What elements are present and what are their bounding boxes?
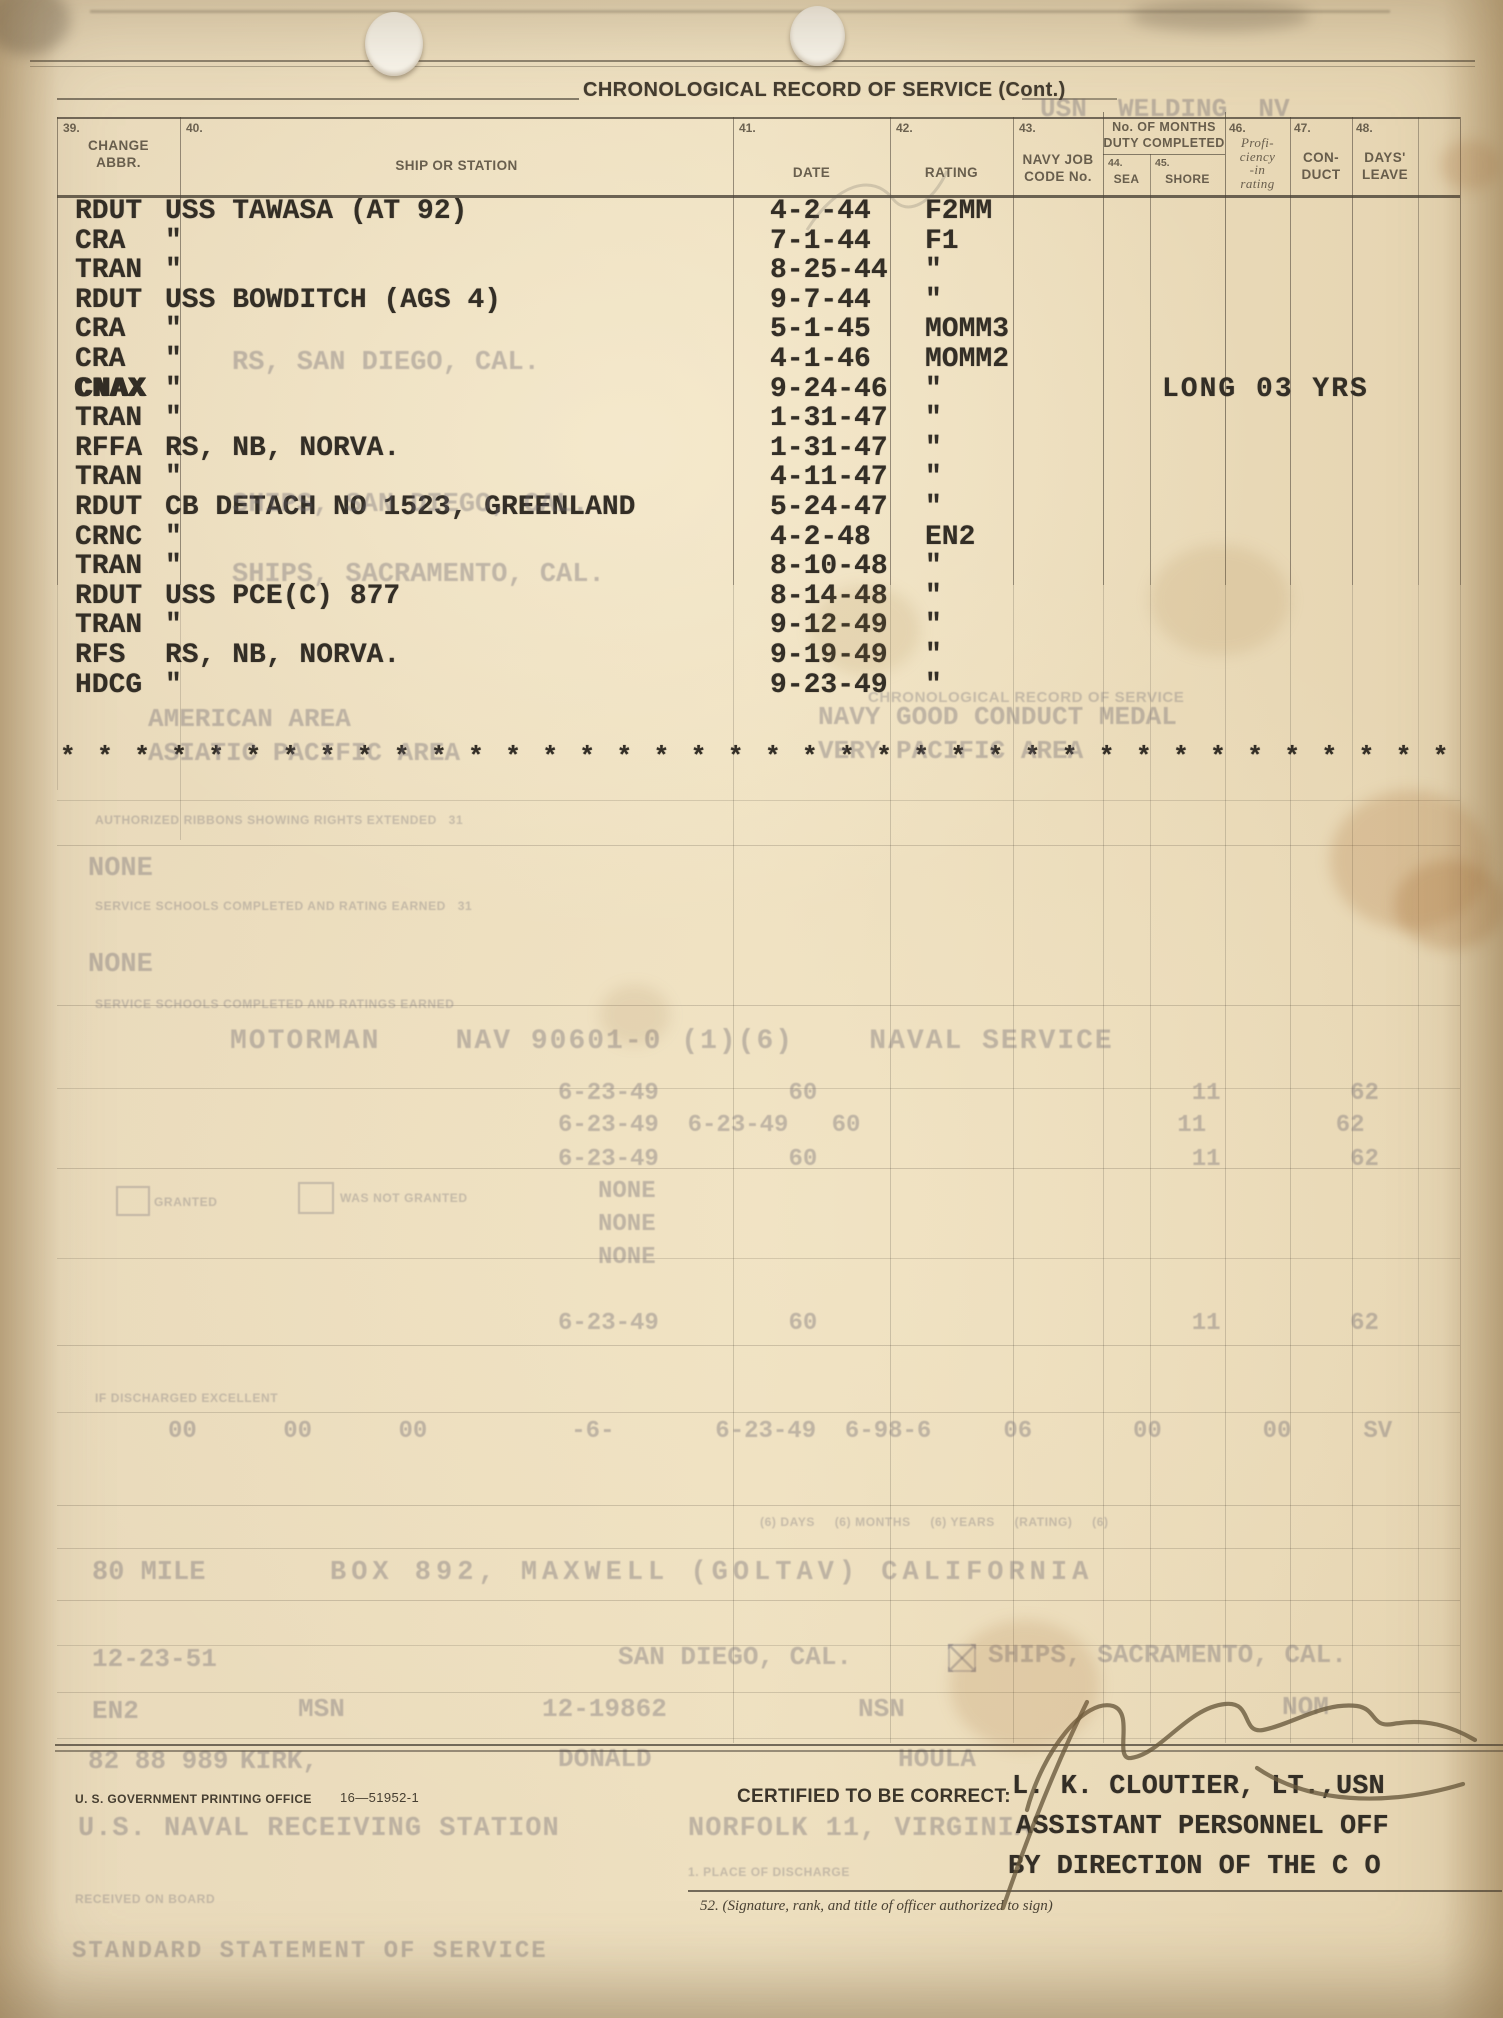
cell-ship-or-station: " [165,316,182,344]
faint-rule [57,1258,1460,1259]
bleedthrough-text: NONE [598,1180,656,1204]
bleedthrough-text: AUTHORIZED RIBBONS SHOWING RIGHTS EXTEND… [95,814,463,826]
cell-change-abbr: CRA [75,316,125,344]
cell-rating: " [925,435,942,463]
bleedthrough-text: AMERICAN AREA [148,706,351,732]
cell-change-abbr: TRAN [75,553,142,581]
bleedthrough-text: MSN [298,1696,345,1722]
cell-date: 5-1-45 [770,316,871,344]
cell-ship-or-station: " [165,464,182,492]
cell-change-abbr: RFS [75,642,125,670]
faint-rule [57,845,1460,846]
top-smudge [1130,0,1310,32]
bleed-checkbox [116,1186,150,1216]
cell-ship-or-station: RS, NB, NORVA. [165,435,400,463]
cell-change-abbr: TRAN [75,257,142,285]
cell-change-abbr: HDCG [75,672,142,700]
title-rule-left [57,98,579,100]
cell-ship-or-station: " [165,672,182,700]
cell-rating: " [925,376,942,404]
cell-rating: " [925,287,942,315]
bleedthrough-text: ASIATIC PACIFIC AREA [148,740,460,766]
cell-change-abbr: CNAX [75,376,146,404]
service-rows: RDUT USS TAWASA (AT 92) 4-2-44 F2MM CRA … [57,198,1460,701]
pencil-scribble [795,145,965,255]
cell-ship-or-station: USS TAWASA (AT 92) [165,198,467,226]
cell-ship-or-station: " [165,612,182,640]
cell-change-abbr: RDUT [75,494,142,522]
scanned-service-record-page: CHRONOLOGICAL RECORD OF SERVICE (Cont.) … [0,0,1503,2018]
col-44-label: SEA [1103,172,1150,187]
gpo-number: 16—51952-1 [340,1790,419,1805]
cell-change-abbr: RDUT [75,198,142,226]
cell-rating: " [925,405,942,433]
bleedthrough-text: 82 88 989 [88,1748,228,1774]
bleedthrough-text: 12-19862 [542,1696,667,1722]
col-40-label: SHIP OR STATION [180,158,733,175]
table-row: HDCG " 9-23-49 " [57,672,1460,702]
bleedthrough-text: 6-23-49 60 11 62 [558,1082,1379,1106]
cell-ship-or-station: " [165,376,182,404]
col-40-number: 40. [186,121,203,135]
bleedthrough-text: GRANTED [154,1196,218,1208]
bleedthrough-text: 6-23-49 6-23-49 60 11 62 [558,1114,1365,1138]
bleedthrough-text: NAVY GOOD CONDUCT MEDAL [818,704,1177,730]
table-row: RFS RS, NB, NORVA. 9-19-49 " [57,642,1460,672]
col-47-label: CON- DUCT [1290,150,1352,184]
bleedthrough-text: 80 MILE [92,1560,205,1587]
bleedthrough-text: NONE [88,856,153,883]
cell-change-abbr: CRA [75,346,125,374]
cell-date: 8-14-48 [770,583,888,611]
gpo-imprint: U. S. GOVERNMENT PRINTING OFFICE [75,1792,312,1806]
bleedthrough-text: USN WELDING NV [1040,96,1290,122]
cell-change-abbr: CRA [75,228,125,256]
column-line [1460,117,1461,585]
bleedthrough-text: U.S. NAVAL RECEIVING STATION [78,1816,560,1843]
cell-ship-or-station: " [165,346,182,374]
cell-rating: " [925,642,942,670]
cell-ship-or-station: " [165,228,182,256]
bleed-checkbox [298,1182,334,1214]
faint-rule [57,1412,1460,1413]
cell-date: 9-7-44 [770,287,871,315]
bleedthrough-text: KIRK, [240,1748,318,1774]
cell-ship-or-station: " [165,524,182,552]
bleedthrough-text: SERVICE SCHOOLS COMPLETED AND RATINGS EA… [95,998,455,1010]
col-43-number: 43. [1019,121,1036,135]
bleedthrough-text: STANDARD STATEMENT OF SERVICE [72,1940,548,1964]
bleedthrough-text: 6-23-49 60 11 62 [558,1148,1379,1172]
col-43-label: NAVY JOB CODE No. [1013,152,1103,186]
cell-rating: MOMM3 [925,316,1009,344]
cell-change-abbr: TRAN [75,464,142,492]
cell-note: LONG 03 YRS [1162,376,1369,404]
col-48-label: DAYS' LEAVE [1352,150,1418,184]
col-45-label: SHORE [1150,172,1225,187]
cell-rating: EN2 [925,524,975,552]
cell-change-abbr: CRNC [75,524,142,552]
bleedthrough-text: 00 00 00 -6- 6-23-49 6-98-6 06 00 00 SV [168,1420,1392,1444]
cell-date: 9-19-49 [770,642,888,670]
bleedthrough-text: VERY PACIFIC AREA [818,738,1083,764]
bleedthrough-text: SHIPS, SAN DIEGO, CAL. [232,492,588,519]
cell-date: 1-31-47 [770,435,888,463]
table-row: CRA " 7-1-44 F1 [57,228,1460,258]
stain [1395,860,1503,950]
cell-rating: " [925,553,942,581]
bleedthrough-text: NONE [88,952,153,979]
cell-ship-or-station: " [165,257,182,285]
bleedthrough-text: 12-23-51 [92,1646,217,1672]
cell-date: 4-11-47 [770,464,888,492]
bleedthrough-text: RS, SAN DIEGO, CAL. [232,350,540,377]
punch-hole [790,6,845,66]
corner-smudge [0,0,70,55]
cell-change-abbr: RDUT [75,583,142,611]
cell-date: 5-24-47 [770,494,888,522]
table-row: TRAN " 1-31-47 " [57,405,1460,435]
table-row: CNAX " 9-24-46 " LONG 03 YRS [57,376,1460,406]
table-row: TRAN " 9-12-49 " [57,612,1460,642]
bleedthrough-text: NONE [598,1246,656,1270]
cell-rating: MOMM2 [925,346,1009,374]
cell-date: 8-25-44 [770,257,888,285]
bleedthrough-text: RECEIVED ON BOARD [75,1893,215,1905]
col-42-number: 42. [896,121,913,135]
cell-rating: " [925,257,942,285]
table-row: CRA " 5-1-45 MOMM3 [57,316,1460,346]
col-46-label: Profi- ciency -in rating [1225,136,1290,191]
table-row: TRAN " 8-25-44 " [57,257,1460,287]
cell-date: 1-31-47 [770,405,888,433]
bleedthrough-text: SAN DIEGO, CAL. [618,1644,852,1670]
cell-date: 4-1-46 [770,346,871,374]
table-row: CRNC " 4-2-48 EN2 [57,524,1460,554]
bleedthrough-text: MOTORMAN NAV 90601-0 (1)(6) NAVAL SERVIC… [230,1028,1114,1056]
cell-change-abbr: RFFA [75,435,142,463]
cell-rating: " [925,612,942,640]
bleedthrough-text: BOX 892, MAXWELL (GOLTAV) CALIFORNIA [330,1560,1093,1587]
faint-rule [57,1600,1460,1601]
cell-change-abbr: TRAN [75,405,142,433]
col-44-number: 44. [1108,157,1123,169]
bleedthrough-text: SERVICE SCHOOLS COMPLETED AND RATING EAR… [95,900,472,912]
bleedthrough-text: 1. PLACE OF DISCHARGE [688,1866,850,1878]
faint-rule [57,800,1460,801]
bleedthrough-text: (6) DAYS (6) MONTHS (6) YEARS (RATING) (… [760,1516,1109,1528]
top-rule-line [30,60,1475,62]
cell-date: 9-24-46 [770,376,888,404]
stain [1440,140,1500,190]
bleedthrough-text: WAS NOT GRANTED [340,1192,468,1204]
top-rule-line [30,66,1475,67]
col-41-number: 41. [739,121,756,135]
bleedthrough-text: EN2 [92,1698,139,1724]
table-row: RFFA RS, NB, NORVA. 1-31-47 " [57,435,1460,465]
cell-change-abbr: TRAN [75,612,142,640]
faint-rule [57,1345,1460,1346]
cell-ship-or-station: USS BOWDITCH (AGS 4) [165,287,501,315]
faint-rule [57,1548,1460,1549]
cell-date: 9-12-49 [770,612,888,640]
table-row: RDUT USS BOWDITCH (AGS 4) 9-7-44 " [57,287,1460,317]
handwritten-signature [935,1650,1503,1915]
table-row: RDUT USS TAWASA (AT 92) 4-2-44 F2MM [57,198,1460,228]
bleedthrough-text: NSN [858,1696,905,1722]
top-smudge [90,10,1390,13]
cell-rating: " [925,464,942,492]
bleedthrough-text: 6-23-49 60 11 62 [558,1312,1379,1336]
cell-rating: " [925,494,942,522]
cell-rating: " [925,583,942,611]
faint-rule [57,1505,1460,1506]
col-39-label: CHANGE ABBR. [57,138,180,172]
page-title: CHRONOLOGICAL RECORD OF SERVICE (Cont.) [583,79,1066,102]
punch-hole [365,12,423,76]
bleedthrough-text: NONE [598,1213,656,1237]
col-39-number: 39. [63,121,80,135]
cell-ship-or-station: RS, NB, NORVA. [165,642,400,670]
cell-change-abbr: RDUT [75,287,142,315]
months-split-line [1103,154,1225,155]
bleedthrough-text: IF DISCHARGED EXCELLENT [95,1392,278,1404]
bleedthrough-text: SHIPS, SACRAMENTO, CAL. [232,562,605,589]
col-48-number: 48. [1356,121,1373,135]
cell-date: 8-10-48 [770,553,888,581]
cell-ship-or-station: " [165,553,182,581]
col-47-number: 47. [1294,121,1311,135]
cell-ship-or-station: " [165,405,182,433]
stain [1330,790,1490,930]
cell-date: 4-2-48 [770,524,871,552]
col-45-number: 45. [1155,157,1170,169]
